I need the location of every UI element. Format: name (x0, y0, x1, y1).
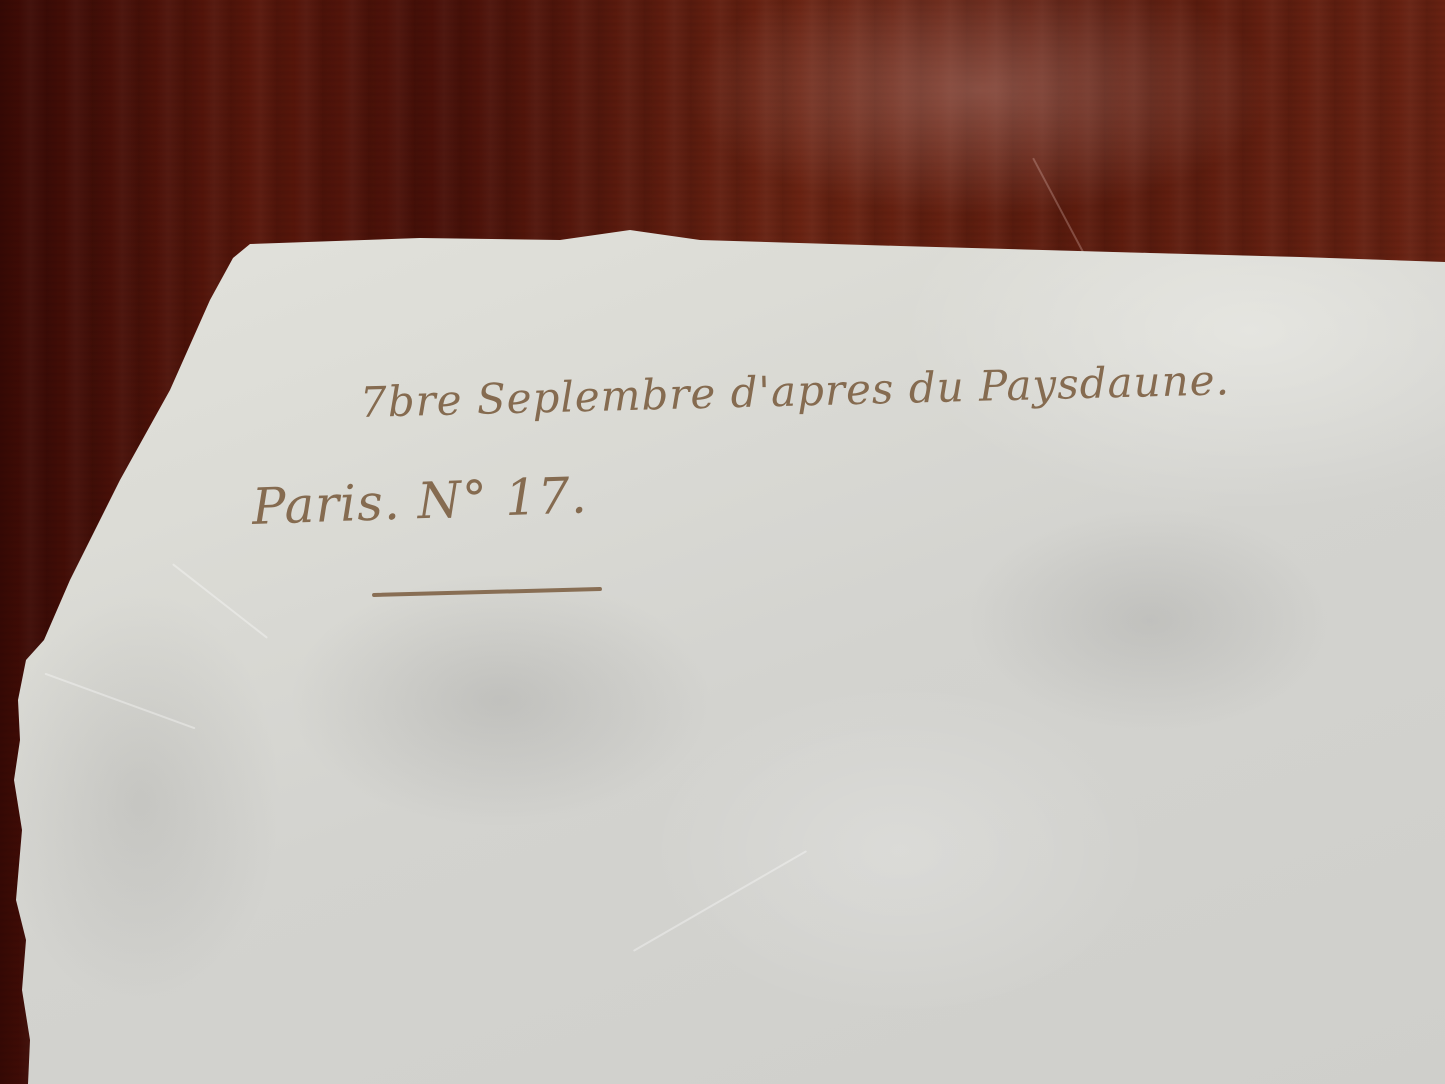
parchment-crease (44, 673, 195, 730)
parchment-crease (172, 563, 268, 638)
parchment-crease (633, 850, 807, 952)
inscription-line-2: Paris. N° 17. (251, 466, 589, 536)
